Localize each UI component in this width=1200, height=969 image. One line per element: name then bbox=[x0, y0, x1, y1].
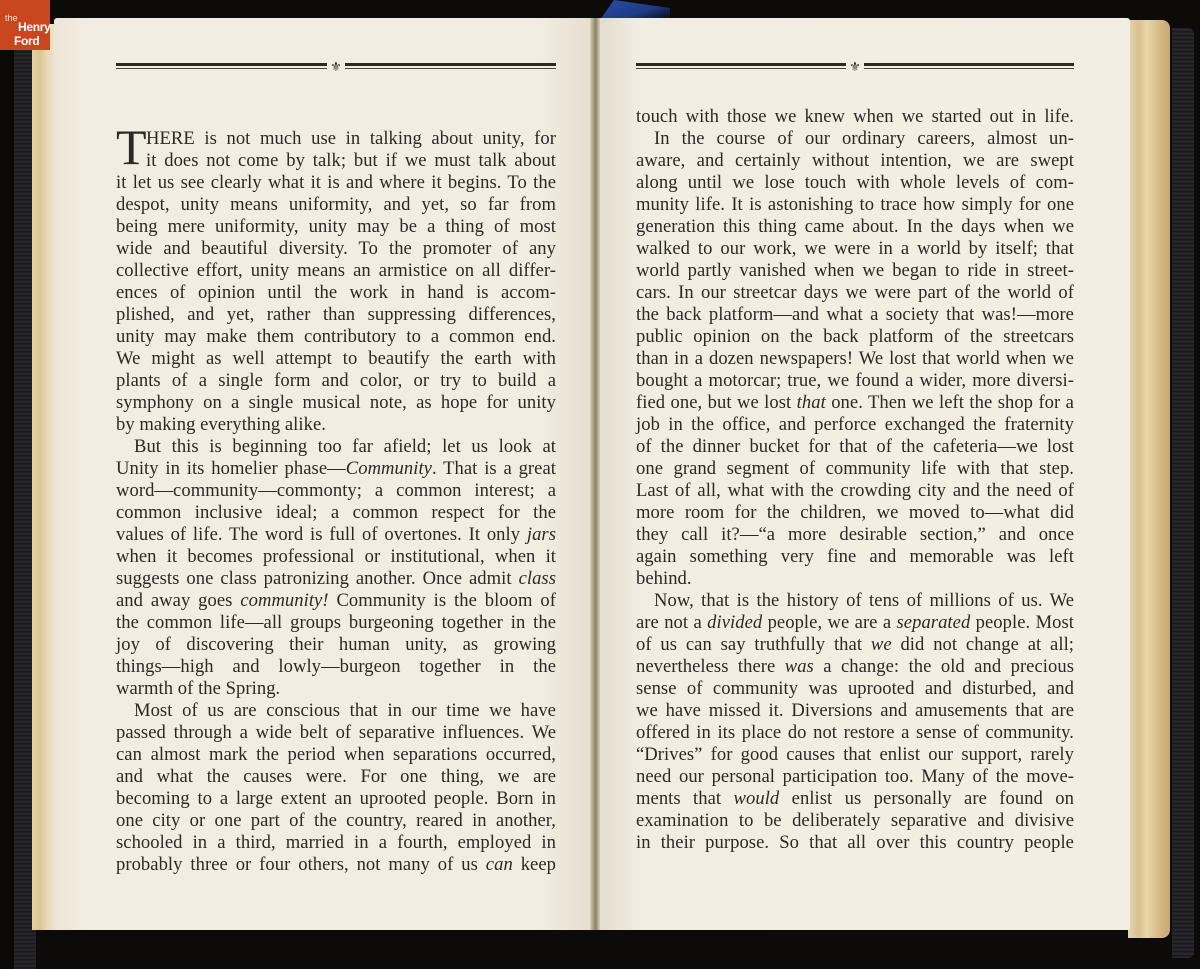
text-line: Unity in its homelier phase—Community. T… bbox=[116, 458, 556, 480]
text-line: warmth of the Spring. bbox=[116, 678, 556, 700]
text-line: suggests one class patronizing another. … bbox=[116, 568, 556, 590]
fleur-de-lis-icon: ⚜ bbox=[327, 63, 345, 71]
leather-edge bbox=[1172, 28, 1194, 958]
text-line: world partly vanished when we began to r… bbox=[636, 260, 1074, 282]
text-line: plants of a single form and color, or tr… bbox=[116, 370, 556, 392]
italic-word: class bbox=[519, 568, 556, 589]
text-line: they call it?—“a more desirable section,… bbox=[636, 524, 1074, 546]
ornament-rule-left: ⚜ bbox=[116, 60, 556, 74]
text-line: job in the office, and perforce exchange… bbox=[636, 414, 1074, 436]
text-run: nevertheless there bbox=[636, 656, 785, 677]
page-edges-right bbox=[1128, 20, 1170, 938]
text-line: passed through a wide belt of separative… bbox=[116, 722, 556, 744]
book-cover-left bbox=[0, 0, 36, 969]
text-run: suggests one class patronizing another. … bbox=[116, 568, 519, 589]
text-line: walked to our work, we were in a world b… bbox=[636, 238, 1074, 260]
text-line: it let us see clearly what it is and whe… bbox=[116, 172, 556, 194]
text-line: “Drives” for good causes that enlist our… bbox=[636, 744, 1074, 766]
text-line: ences of opinion until the work in hand … bbox=[116, 282, 556, 304]
text-line: collective effort, unity means an armist… bbox=[116, 260, 556, 282]
text-line: offered in its place do not restore a se… bbox=[636, 722, 1074, 744]
text-run: keep bbox=[513, 854, 556, 875]
text-line: examination to be deliberately separativ… bbox=[636, 810, 1074, 832]
text-line: it does not come by talk; but if we must… bbox=[116, 150, 556, 172]
text-line: ments that would enlist us personally ar… bbox=[636, 788, 1074, 810]
text-line: can almost mark the period when separati… bbox=[116, 744, 556, 766]
text-run: enlist us personally are found on bbox=[779, 788, 1074, 809]
text-line: one city or one part of the country, rea… bbox=[116, 810, 556, 832]
text-run: people. Most bbox=[970, 612, 1074, 633]
text-line: plished, and yet, rather than suppressin… bbox=[116, 304, 556, 326]
text-line: the back platform—and what a society tha… bbox=[636, 304, 1074, 326]
text-line: of the dinner bucket for that of the caf… bbox=[636, 436, 1074, 458]
double-rule bbox=[116, 63, 327, 71]
text-line: one grand segment of community life with… bbox=[636, 458, 1074, 480]
text-line: again something very fine and memorable … bbox=[636, 546, 1074, 568]
text-line: munity life. It is astonishing to trace … bbox=[636, 194, 1074, 216]
double-rule bbox=[636, 63, 846, 71]
text-line: Now, that is the history of tens of mill… bbox=[636, 590, 1074, 612]
text-line: the common life—all groups burgeoning to… bbox=[116, 612, 556, 634]
text-line: Last of all, what with the crowding city… bbox=[636, 480, 1074, 502]
text-line: and away goes community! Community is th… bbox=[116, 590, 556, 612]
italic-word: can bbox=[486, 854, 513, 875]
text-run: a change: the old and precious bbox=[814, 656, 1074, 677]
italic-word: divided bbox=[707, 612, 762, 633]
text-line: cars. In our streetcar days we were part… bbox=[636, 282, 1074, 304]
text-line: HERE is not much use in talking about un… bbox=[116, 128, 556, 150]
text-line: are not a divided people, we are a separ… bbox=[636, 612, 1074, 634]
text-line: despot, unity means uniformity, and yet,… bbox=[116, 194, 556, 216]
text-line: by making everything alike. bbox=[116, 414, 556, 436]
text-line: probably three or four others, not many … bbox=[116, 854, 556, 876]
logo-text-the: the bbox=[5, 13, 18, 23]
right-page-text: touch with those we knew when we started… bbox=[636, 106, 1074, 854]
text-line: we have missed it. Diversions and amusem… bbox=[636, 700, 1074, 722]
text-run: are not a bbox=[636, 612, 707, 633]
ornament-rule-right: ⚜ bbox=[636, 60, 1074, 74]
text-run: Community is the bloom of bbox=[329, 590, 556, 611]
text-line: schooled in a third, married in a fourth… bbox=[116, 832, 556, 854]
text-line: bought a motorcar; true, we found a wide… bbox=[636, 370, 1074, 392]
text-line: things—high and lowly—burgeon together i… bbox=[116, 656, 556, 678]
text-line: becoming to a large extent an uprooted p… bbox=[116, 788, 556, 810]
text-run: . That is a great bbox=[432, 458, 556, 479]
text-line: But this is beginning too far afield; le… bbox=[116, 436, 556, 458]
text-run: values of life. The word is full of over… bbox=[116, 524, 527, 545]
fleur-de-lis-icon: ⚜ bbox=[846, 63, 864, 71]
text-line: than in a dozen newspapers! We lost that… bbox=[636, 348, 1074, 370]
text-line: along until we lose touch with whole lev… bbox=[636, 172, 1074, 194]
text-line: public opinion on the back platform of t… bbox=[636, 326, 1074, 348]
text-run: ments that bbox=[636, 788, 734, 809]
text-line: of us can say truthfully that we did not… bbox=[636, 634, 1074, 656]
italic-word: that bbox=[797, 392, 826, 413]
italic-word: was bbox=[785, 656, 814, 677]
text-line: behind. bbox=[636, 568, 1074, 590]
italic-word: separated bbox=[897, 612, 971, 633]
text-line: fied one, but we lost that one. Then we … bbox=[636, 392, 1074, 414]
text-line: when it becomes professional or institut… bbox=[116, 546, 556, 568]
text-run: people, we are a bbox=[762, 612, 896, 633]
text-line: sense of community was uprooted and dist… bbox=[636, 678, 1074, 700]
text-run: fied one, but we lost bbox=[636, 392, 797, 413]
text-run: one. Then we left the shop for a bbox=[826, 392, 1074, 413]
text-line: nevertheless there was a change: the old… bbox=[636, 656, 1074, 678]
text-line: word—community—commonty; a common intere… bbox=[116, 480, 556, 502]
book-gutter bbox=[590, 18, 600, 930]
italic-word: we bbox=[871, 634, 892, 655]
text-line: Most of us are conscious that in our tim… bbox=[116, 700, 556, 722]
italic-word: Community bbox=[346, 458, 432, 479]
text-run: probably three or four others, not many … bbox=[116, 854, 486, 875]
text-run: of us can say truthfully that bbox=[636, 634, 871, 655]
text-run: and away goes bbox=[116, 590, 240, 611]
text-line: symphony on a single musical note, as ho… bbox=[116, 392, 556, 414]
text-line: touch with those we knew when we started… bbox=[636, 106, 1074, 128]
text-line: unity may make them contributory to a co… bbox=[116, 326, 556, 348]
double-rule bbox=[864, 63, 1074, 71]
text-line: We might as well attempt to beautify the… bbox=[116, 348, 556, 370]
italic-word: community! bbox=[240, 590, 328, 611]
left-page-text: HERE is not much use in talking about un… bbox=[116, 128, 556, 876]
text-line: in their purpose. So that all over this … bbox=[636, 832, 1074, 854]
text-line: In the course of our ordinary careers, a… bbox=[636, 128, 1074, 150]
henry-ford-logo: the Henry Ford bbox=[0, 0, 50, 50]
text-line: being mere uniformity, unity may be a th… bbox=[116, 216, 556, 238]
text-run: did not change at all; bbox=[892, 634, 1074, 655]
text-line: common inclusive ideal; a common respect… bbox=[116, 502, 556, 524]
text-run: Unity in its homelier phase— bbox=[116, 458, 346, 479]
text-line: values of life. The word is full of over… bbox=[116, 524, 556, 546]
italic-word: would bbox=[734, 788, 780, 809]
text-line: generation this thing came about. In the… bbox=[636, 216, 1074, 238]
text-line: more room for the children, we moved to—… bbox=[636, 502, 1074, 524]
text-line: joy of discovering their human unity, as… bbox=[116, 634, 556, 656]
text-line: wide and beautiful diversity. To the pro… bbox=[116, 238, 556, 260]
text-line: aware, and certainly without intention, … bbox=[636, 150, 1074, 172]
logo-text-ford: Ford bbox=[14, 34, 39, 48]
text-line: and what the causes were. For one thing,… bbox=[116, 766, 556, 788]
logo-text-henry: Henry bbox=[18, 20, 51, 34]
bookmark-ribbon bbox=[600, 0, 670, 20]
double-rule bbox=[345, 63, 556, 71]
italic-word: jars bbox=[527, 524, 556, 545]
text-line: need our personal participation too. Man… bbox=[636, 766, 1074, 788]
